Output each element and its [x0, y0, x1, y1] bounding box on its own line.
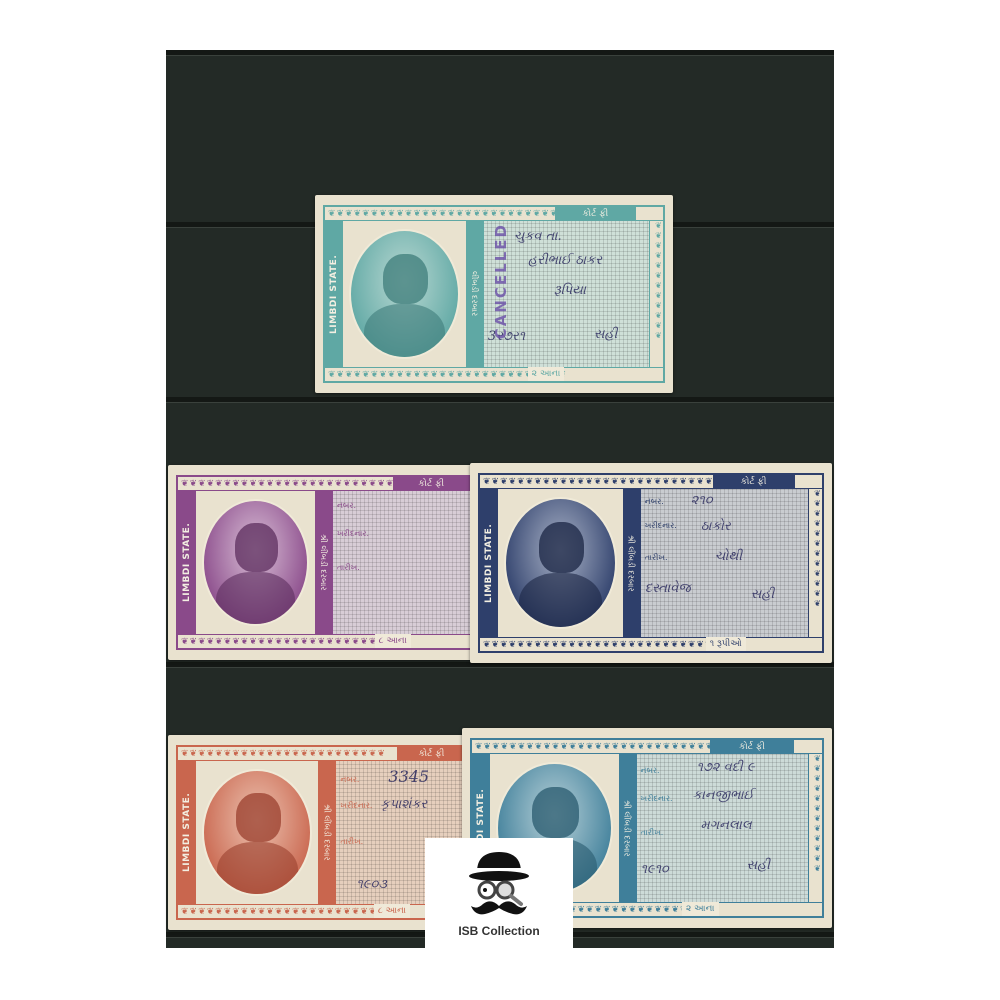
field-label-date: તારીખ. [340, 837, 363, 847]
handwriting: ૧૭૨ વદી ૯ [697, 760, 755, 775]
handwriting: સહી [594, 327, 618, 342]
stamp-field-panel: નંબર. ખરીદનાર. તારીખ. ૨૧૦ ઠાકોર ચોથી દસ્… [641, 489, 808, 637]
field-label-date: તારીખ. [641, 828, 664, 838]
portrait-icon [504, 497, 617, 629]
portrait-icon [202, 499, 309, 626]
side-inscription: શ્રી લીંબડી દરબાર [318, 761, 334, 904]
cancel-handstamp: CANCELLED [492, 223, 510, 339]
field-label-buyer: ખરીદનાર. [641, 794, 673, 804]
handwriting: 3345 [388, 767, 429, 786]
portrait-icon [349, 229, 460, 359]
stamp-orange-8-annas: ❦❦❦❦❦❦❦❦❦❦❦❦❦❦❦❦❦❦❦❦❦❦❦❦ કોર્ટ ફી LIMBDI… [168, 735, 468, 930]
issuer-label: LIMBDI STATE. [178, 491, 196, 634]
stamp-title: કોર્ટ ફી [710, 740, 794, 754]
stamp-purple-8-annas: ❦❦❦❦❦❦❦❦❦❦❦❦❦❦❦❦❦❦❦❦❦❦❦❦❦ કોર્ટ ફી LIMBD… [168, 465, 478, 660]
side-inscription: શ્રી લીંબડી દરબાર [623, 489, 639, 637]
stamp-field-panel: ચુકવ તા. હરીભાઈ ઠાકર રૂપિયા 3ર૭ર૧ સહી CA… [484, 221, 649, 367]
field-label-date: તારીખ. [645, 553, 668, 563]
field-label-number: નંબર. [340, 775, 359, 785]
brand-name: ISB Collection [425, 924, 573, 938]
field-label-date: તારીખ. [337, 563, 360, 573]
handwriting: ૧૯૧૦ [641, 862, 669, 877]
handwriting: દસ્તાવેજ [645, 581, 691, 596]
detective-hat-glasses-mustache-icon [425, 838, 573, 926]
side-inscription: શ્રી લીંબડી દરબાર [315, 491, 331, 634]
stamp-title: કોર્ટ ફી [713, 475, 795, 489]
handwriting: હરીભાઈ ઠાકર [528, 253, 602, 268]
portrait-icon [202, 769, 312, 896]
stockbook-strip [166, 397, 834, 402]
stamp-title: કોર્ટ ફી [555, 207, 636, 221]
stamp-field-panel: નંબર. ખરીદનાર. તારીખ. [333, 491, 476, 634]
handwriting: ૨૧૦ [691, 493, 713, 508]
issuer-label: LIMBDI STATE. [325, 221, 343, 367]
stamp-border: ❦❦❦❦❦❦❦❦❦❦❦❦ [808, 754, 822, 902]
handwriting: ઠાકોર [701, 519, 731, 534]
field-label-number: નંબર. [337, 501, 356, 511]
handwriting: ચુકવ તા. [514, 229, 562, 244]
stamp-border: ❦❦❦❦❦❦❦❦❦❦❦❦❦❦❦❦❦❦❦❦❦❦❦❦❦❦❦❦ [325, 367, 663, 381]
field-label-buyer: ખરીદનાર. [337, 529, 369, 539]
handwriting: મગનલાલ [701, 818, 752, 833]
field-label-buyer: ખરીદનાર. [340, 801, 372, 811]
stamp-title: કોર્ટ ફી [397, 747, 466, 761]
issuer-label: LIMBDI STATE. [480, 489, 498, 637]
issuer-label: LIMBDI STATE. [178, 761, 196, 904]
stockbook-strip [166, 50, 834, 55]
stamp-border: ❦❦❦❦❦❦❦❦❦❦❦❦ [808, 489, 822, 637]
side-inscription: લીંબડી દરબાર [466, 221, 482, 367]
stamp-border: ❦❦❦❦❦❦❦❦❦❦❦❦❦❦❦❦❦❦❦❦❦❦❦❦❦ [178, 634, 476, 648]
handwriting: સહી [751, 587, 775, 602]
stamp-vignette: LIMBDI STATE. શ્રી લીંબડી દરબાર [178, 491, 333, 634]
stamp-title: કોર્ટ ફી [393, 477, 470, 491]
stamp-value: ૧ રૂપીઓ [706, 637, 746, 651]
stamp-vignette: LIMBDI STATE. લીંબડી દરબાર [325, 221, 484, 367]
stamp-turquoise-2-annas: ❦❦❦❦❦❦❦❦❦❦❦❦❦❦❦❦❦❦❦❦❦❦❦❦❦❦❦❦ કોર્ટ ફી LI… [315, 195, 673, 393]
field-label-number: નંબર. [641, 766, 660, 776]
handwriting: કાનજીભાઈ [693, 788, 754, 803]
handwriting: કૃપાશંકર [380, 797, 427, 812]
isb-collection-logo: ISB Collection [425, 838, 573, 950]
handwriting: ૧૯૦૩ [356, 877, 387, 892]
handwriting: ચોથી [715, 549, 742, 564]
field-label-number: નંબર. [645, 497, 664, 507]
side-inscription: શ્રી લીંબડી દરબાર [619, 754, 635, 902]
stamp-border: ❦❦❦❦❦❦❦❦❦❦❦❦❦❦❦❦❦❦❦❦❦❦❦❦ [178, 904, 466, 918]
stamp-value: ૨ આના [528, 367, 565, 381]
stamp-vignette: LIMBDI STATE. શ્રી લીંબડી દરબાર [480, 489, 641, 637]
stamp-field-panel: નંબર. ખરીદનાર. તારીખ. ૧૭૨ વદી ૯ કાનજીભાઈ… [637, 754, 809, 902]
stamp-value: ૮ આના [375, 634, 411, 648]
stamp-vignette: LIMBDI STATE. શ્રી લીંબડી દરબાર [178, 761, 336, 904]
handwriting: રૂપિયા [554, 283, 586, 298]
handwriting: સહી [747, 858, 771, 873]
stamp-value: ૨ આના [682, 902, 719, 916]
stamp-blue-1-rupee: ❦❦❦❦❦❦❦❦❦❦❦❦❦❦❦❦❦❦❦❦❦❦❦❦❦❦❦❦ કોર્ટ ફી LI… [470, 463, 832, 663]
stamp-border: ❦❦❦❦❦❦❦❦❦❦❦❦❦❦❦❦❦❦❦❦❦❦❦❦❦❦❦❦ [480, 637, 822, 651]
field-label-buyer: ખરીદનાર. [645, 521, 677, 531]
stamp-border: ❦❦❦❦❦❦❦❦❦❦❦❦ [649, 221, 663, 367]
stamp-value: ૮ આના [374, 904, 410, 918]
